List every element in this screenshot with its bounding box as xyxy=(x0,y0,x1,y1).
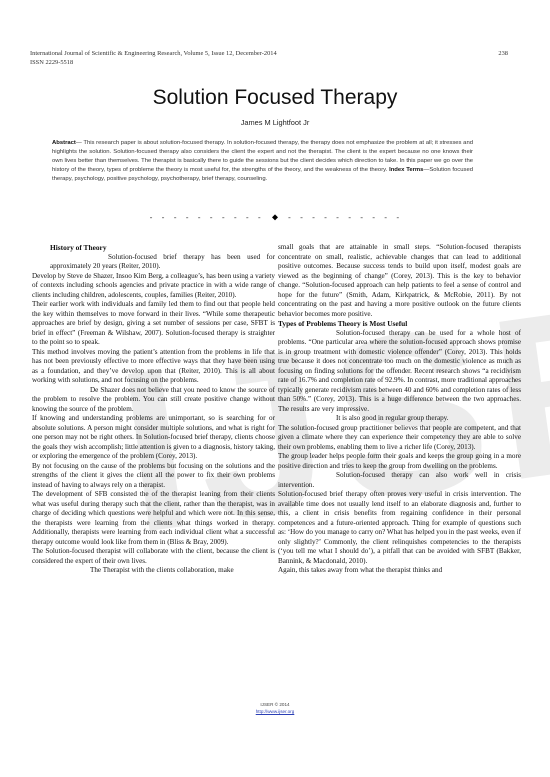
paragraph: The Therapist with the clients collabora… xyxy=(32,566,275,576)
author-name: James M Lightfoot Jr xyxy=(0,118,550,127)
paragraph: Solution-focused brief therapy often pro… xyxy=(278,490,521,566)
copyright: IJSER © 2014 xyxy=(0,701,550,708)
index-terms-label: Index Terms xyxy=(389,167,423,173)
paragraph: The solution-focused group practitioner … xyxy=(278,424,521,453)
left-column: History of Theory Solution-focused brief… xyxy=(32,243,275,576)
paragraph: Again, this takes away from what the the… xyxy=(278,566,521,576)
paper-title: Solution Focused Therapy xyxy=(0,86,550,110)
abstract: Abstract— This research paper is about s… xyxy=(52,139,473,184)
journal-url-link[interactable]: http://www.ijser.org xyxy=(256,709,295,714)
paragraph: small goals that are attainable in small… xyxy=(278,243,521,319)
page-footer: IJSER © 2014 http://www.ijser.org xyxy=(0,701,550,715)
section-heading-types-of-problems: Types of Problems Theory is Most Useful xyxy=(278,319,521,329)
abstract-label: Abstract xyxy=(52,140,76,146)
paragraph: By not focusing on the cause of the prob… xyxy=(32,462,275,491)
paragraph: The development of SFB consisted the of … xyxy=(32,490,275,547)
paragraph: It is also good in regular group therapy… xyxy=(278,414,521,424)
right-column: small goals that are attainable in small… xyxy=(278,243,521,576)
paragraph: Solution-focused therapy can be used for… xyxy=(278,329,521,415)
paragraph: The group leader helps people form their… xyxy=(278,452,521,471)
section-heading-history: History of Theory xyxy=(32,243,275,253)
paragraph: Their earlier work with individuals and … xyxy=(32,300,275,348)
diamond-icon: ◆ xyxy=(269,212,281,223)
paragraph: If knowing and understanding problems ar… xyxy=(32,414,275,462)
paragraph: Solution-focused therapy can also work w… xyxy=(278,471,521,490)
paragraph: Solution-focused brief therapy has been … xyxy=(32,253,275,272)
paragraph: The Solution-focused therapist will coll… xyxy=(32,547,275,566)
divider-line-left: - - - - - - - - - - xyxy=(149,213,263,222)
journal-citation: International Journal of Scientific & En… xyxy=(30,50,508,59)
section-divider: - - - - - - - - - - ◆ - - - - - - - - - … xyxy=(0,212,550,223)
issn: ISSN 2229-5518 xyxy=(30,59,508,68)
paragraph: De Shazer does not believe that you need… xyxy=(32,386,275,415)
paragraph: This method involves moving the patient’… xyxy=(32,348,275,386)
running-head: International Journal of Scientific & En… xyxy=(30,50,508,67)
divider-line-right: - - - - - - - - - - xyxy=(287,213,401,222)
page-number: 238 xyxy=(498,50,508,59)
paragraph: Develop by Steve de Shazer, Insoo Kim Be… xyxy=(32,272,275,301)
